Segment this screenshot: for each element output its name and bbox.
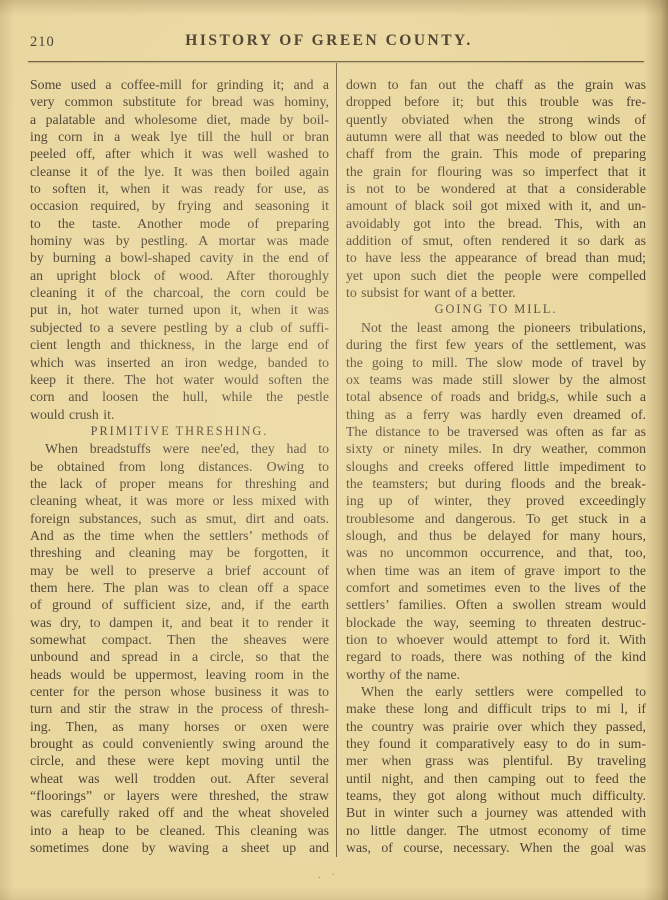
column-divider (336, 63, 337, 857)
text-column-left: Some used a coffee-mill for grinding it;… (30, 76, 329, 856)
text-line: thing as a ferry was hardly even dreamed… (346, 406, 646, 423)
text-line: When breadstuffs were nee'ed, they had t… (30, 440, 329, 457)
paragraph: Not the least among the pioneers tribula… (346, 319, 646, 683)
text-line: ox teams was made still slower by the al… (346, 371, 646, 388)
paragraph: down to fan out the chaff as the grain w… (346, 76, 646, 301)
paragraph: Some used a coffee-mill for grinding it;… (30, 76, 329, 423)
text-line: quently obviated when the strong winds o… (346, 111, 646, 128)
text-line: total absence of roads and bridgₑs, whil… (346, 388, 646, 405)
text-line: avoidably got into the bread. This, with… (346, 215, 646, 232)
text-line: is not to be wondered at that a consider… (346, 180, 646, 197)
text-line: cleaning wheat, it was more or less mixe… (30, 492, 329, 509)
paragraph: When the early settlers were compelled t… (346, 683, 646, 856)
text-line: worthy of the name. (346, 666, 646, 683)
text-line: heads would be uppermost, leaving room i… (30, 666, 329, 683)
paragraph: When breadstuffs were nee'ed, they had t… (30, 440, 329, 856)
text-line: was, of course, necessary. When the goal… (346, 839, 646, 856)
text-line: chaff from the grain. This mode of prepa… (346, 145, 646, 162)
text-line: them here. The plan was to clean off a s… (30, 579, 329, 596)
text-line: into a heap to be cleaned. This cleaning… (30, 822, 329, 839)
text-line: yet upon such diet the people were compe… (346, 267, 646, 284)
text-line: sometimes done by waving a sheet up and (30, 839, 329, 856)
text-line: no little danger. The utmost economy of … (346, 822, 646, 839)
header-rule (28, 61, 644, 62)
text-line: mer when grass was plentiful. By traveli… (346, 752, 646, 769)
text-line: was carefully raked off and the wheat sh… (30, 804, 329, 821)
text-column-right: down to fan out the chaff as the grain w… (346, 76, 646, 856)
text-line: sixty or ninety miles. In dry weather, c… (346, 440, 646, 457)
text-line: to the taste. Another mode of preparing (30, 215, 329, 232)
text-line: ing up of winter, they proved exceedingl… (346, 492, 646, 509)
text-line: was no uncommon occurrence, and that, to… (346, 544, 646, 561)
section-heading: GOING TO MILL. (346, 301, 646, 318)
text-line: The distance to be traversed was often a… (346, 423, 646, 440)
text-line: when time was an item of grave import to… (346, 562, 646, 579)
text-line: slough, and thus be delayed for many hou… (346, 527, 646, 544)
text-line: may be well to preserve a brief account … (30, 562, 329, 579)
text-line: was dry, to dampen it, and beat it to re… (30, 614, 329, 631)
text-line: foreign substances, such as smut, dirt a… (30, 510, 329, 527)
text-line: until night, and then camping out to fee… (346, 770, 646, 787)
text-line: corn and loosen the hull, while the pest… (30, 388, 329, 405)
text-line: “floorings” or layers were threshed, the… (30, 787, 329, 804)
text-line: to have less the appearance of bread tha… (346, 249, 646, 266)
text-line: brought as could conveniently swing arou… (30, 735, 329, 752)
text-line: troublesome and dangerous. To get stuck … (346, 510, 646, 527)
text-line: a palatable and wholesome diet, made by … (30, 111, 329, 128)
text-line: unbound and spread in a circle, so that … (30, 648, 329, 665)
text-line: cient length and thickness, in the large… (30, 336, 329, 353)
text-line: wheat was well trodden out. After severa… (30, 770, 329, 787)
text-line: regard to roads, there was nothing of th… (346, 648, 646, 665)
text-line: turn and stir the straw in the process o… (30, 700, 329, 717)
text-line: And as the time when the settlers’ metho… (30, 527, 329, 544)
text-line: down to fan out the chaff as the grain w… (346, 76, 646, 93)
text-line: of ground of sufficient size, and, if th… (30, 596, 329, 613)
text-line: teams, they got along without much diffi… (346, 787, 646, 804)
text-line: which was inserted an iron wedge, banded… (30, 354, 329, 371)
text-line: somewhat compact. Then the sheaves were (30, 631, 329, 648)
text-line: to soften it, when it was ready for use,… (30, 180, 329, 197)
text-line: peeled off, after which it was well wash… (30, 145, 329, 162)
text-line: blockade the way, seeming to threaten de… (346, 614, 646, 631)
text-line: occasion required, by frying and seasoni… (30, 197, 329, 214)
text-line: would crush it. (30, 406, 329, 423)
section-heading: PRIMITIVE THRESHING. (30, 423, 329, 440)
text-line: the grain for flouring was so imperfect … (346, 163, 646, 180)
text-line: comfort and sometimes even to the lives … (346, 579, 646, 596)
text-line: threshing and cleaning may be forgotten,… (30, 544, 329, 561)
text-line: the country was prairie over which they … (346, 718, 646, 735)
text-line: hominy was by pestling. A mortar was mad… (30, 232, 329, 249)
scan-artifact-mark: . · (318, 869, 339, 881)
text-line: very common substitute for bread was hom… (30, 93, 329, 110)
text-line: ing corn in a weak lye till the hull or … (30, 128, 329, 145)
text-line: sloughs and creeks offered little impedi… (346, 458, 646, 475)
text-line: subjected to a severe pestling by a club… (30, 319, 329, 336)
text-line: Some used a coffee-mill for grinding it;… (30, 76, 329, 93)
text-line: during the first few years of the settle… (346, 336, 646, 353)
text-line: Not the least among the pioneers tribula… (346, 319, 646, 336)
page-title: HISTORY OF GREEN COUNTY. (0, 32, 658, 50)
text-line: be obtained from long distances. Owing t… (30, 458, 329, 475)
text-line: When the early settlers were compelled t… (346, 683, 646, 700)
scanned-book-page: { "page": { "number": "210", "title": "H… (0, 0, 668, 900)
text-line: dropped before it; but this trouble was … (346, 93, 646, 110)
text-line: cleanse it of the lye. It was then boile… (30, 163, 329, 180)
text-line: autumn were all that was needed to blow … (346, 128, 646, 145)
text-line: an upright block of wood. After thorough… (30, 267, 329, 284)
text-line: they found it comparatively easy to do i… (346, 735, 646, 752)
text-line: the going to mill. The slow mode of trav… (346, 354, 646, 371)
text-line: But in winter such a journey was attende… (346, 804, 646, 821)
text-line: keep it there. The hot water would softe… (30, 371, 329, 388)
text-line: circle, and these were kept moving until… (30, 752, 329, 769)
text-line: the lack of proper means for threshing a… (30, 475, 329, 492)
text-line: addition of smut, often rendered it so d… (346, 232, 646, 249)
text-line: amount of black soil got mixed with it, … (346, 197, 646, 214)
text-line: by burning a bowl-shaped cavity in the e… (30, 249, 329, 266)
text-line: tion to whoever would attempt to ford it… (346, 631, 646, 648)
text-line: ing. Then, as many horses or oxen were (30, 718, 329, 735)
text-line: to subsist for want of a better. (346, 284, 646, 301)
text-line: settlers’ families. Often a swollen stre… (346, 596, 646, 613)
text-line: center for the person whose business it … (30, 683, 329, 700)
text-line: put in, hot water turned upon it, when i… (30, 301, 329, 318)
text-line: the teamsters; but during floods and the… (346, 475, 646, 492)
text-line: cleaning it of the charcoal, the corn co… (30, 284, 329, 301)
text-line: make these long and difficult trips to m… (346, 700, 646, 717)
